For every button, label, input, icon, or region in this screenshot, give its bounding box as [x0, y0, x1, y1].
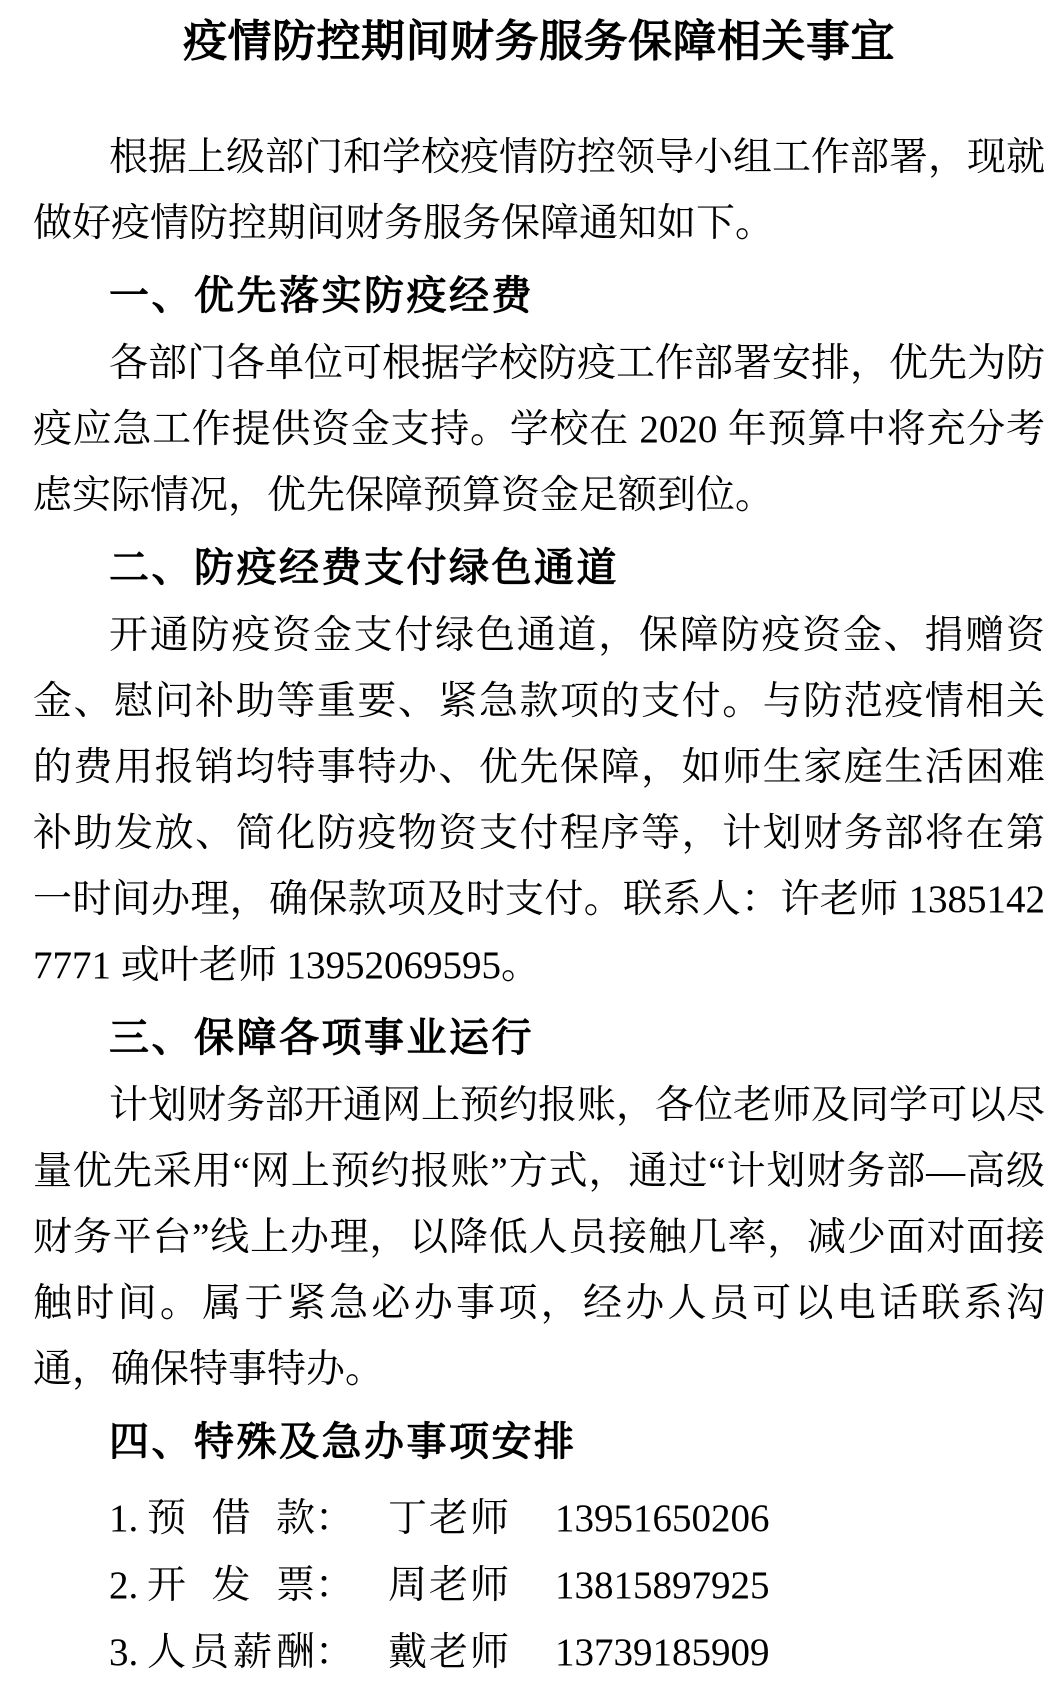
- item-phone: 13739185909: [555, 1619, 770, 1686]
- item-category: 人员薪酬: [147, 1619, 315, 1686]
- contact-item-payroll: 3.人员薪酬：戴老师13739185909: [33, 1619, 1045, 1686]
- item-teacher: 周老师: [388, 1552, 511, 1619]
- item-number: 2.: [109, 1552, 147, 1619]
- section-paragraph-1: 各部门各单位可根据学校防疫工作部署安排，优先为防疫应急工作提供资金支持。学校在 …: [33, 331, 1045, 529]
- item-teacher: 丁老师: [388, 1485, 511, 1552]
- contact-list: 1.预借款：丁老师13951650206 2.开发票：周老师1381589792…: [33, 1485, 1045, 1686]
- contact-item-advance-loan: 1.预借款：丁老师13951650206: [33, 1485, 1045, 1552]
- section-heading-1: 一、优先落实防疫经费: [33, 263, 1045, 329]
- document-title: 疫情防控期间财务服务保障相关事宜: [33, 16, 1045, 68]
- item-colon: ：: [315, 1552, 354, 1619]
- document-page: 疫情防控期间财务服务保障相关事宜 根据上级部门和学校疫情防控领导小组工作部署，现…: [0, 0, 1060, 1694]
- section-paragraph-2: 开通防疫资金支付绿色通道，保障防疫资金、捐赠资金、慰问补助等重要、紧急款项的支付…: [33, 603, 1045, 999]
- item-category: 开发票: [147, 1552, 315, 1619]
- item-phone: 13951650206: [555, 1485, 770, 1552]
- section-heading-4: 四、特殊及急办事项安排: [33, 1409, 1045, 1475]
- item-number: 1.: [109, 1485, 147, 1552]
- item-phone: 13815897925: [555, 1552, 770, 1619]
- section-heading-2: 二、防疫经费支付绿色通道: [33, 535, 1045, 601]
- item-colon: ：: [315, 1619, 354, 1686]
- contact-item-invoice: 2.开发票：周老师13815897925: [33, 1552, 1045, 1619]
- item-number: 3.: [109, 1619, 147, 1686]
- intro-paragraph: 根据上级部门和学校疫情防控领导小组工作部署，现就做好疫情防控期间财务服务保障通知…: [33, 125, 1045, 257]
- section-heading-3: 三、保障各项事业运行: [33, 1005, 1045, 1071]
- item-teacher: 戴老师: [388, 1619, 511, 1686]
- item-category: 预借款: [147, 1485, 315, 1552]
- item-colon: ：: [315, 1485, 354, 1552]
- section-paragraph-3: 计划财务部开通网上预约报账，各位老师及同学可以尽量优先采用“网上预约报账”方式，…: [33, 1073, 1045, 1403]
